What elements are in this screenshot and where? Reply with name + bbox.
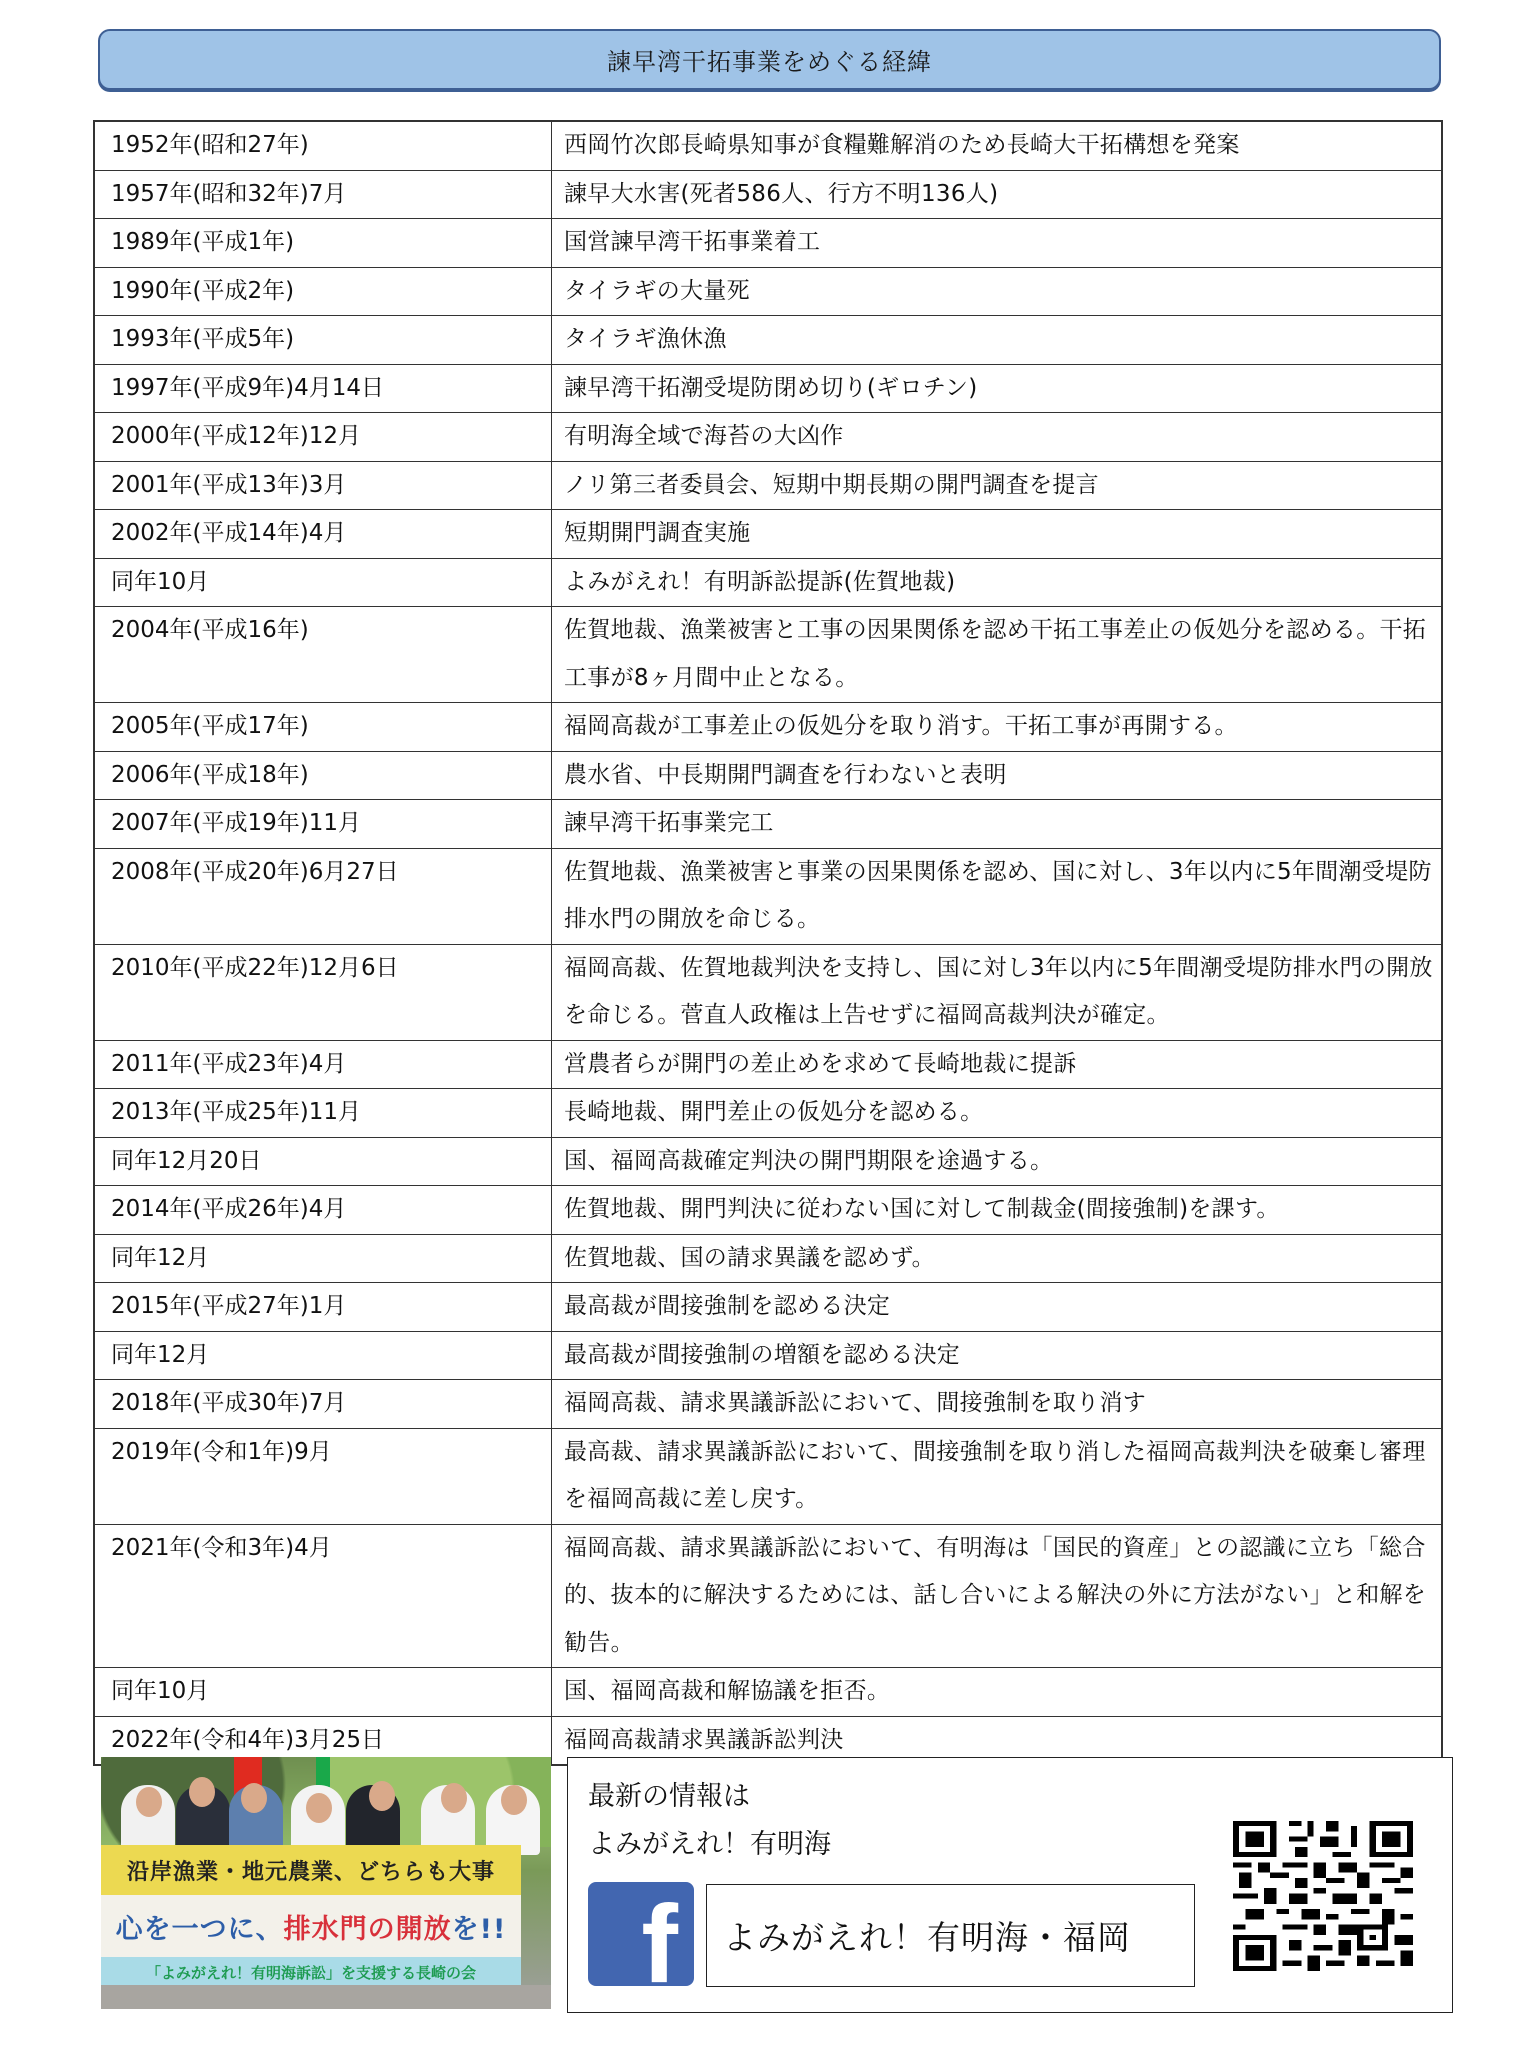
banner-slogan-blue: 心を一つに、 <box>116 1907 284 1946</box>
timeline-event: よみがえれ！有明訴訟提訴(佐賀地裁) <box>552 558 1443 607</box>
timeline-event: 農水省、中長期開門調査を行わないと表明 <box>552 751 1443 800</box>
timeline-event: タイラギ漁休漁 <box>552 316 1443 365</box>
timeline-date: 2014年(平成26年)4月 <box>94 1186 552 1235</box>
timeline-date: 同年12月20日 <box>94 1137 552 1186</box>
timeline-date: 2019年(令和1年)9月 <box>94 1428 552 1524</box>
timeline-row: 2001年(平成13年)3月ノリ第三者委員会、短期中期長期の開門調査を提言 <box>94 461 1442 510</box>
timeline-event: 福岡高裁、佐賀地裁判決を支持し、国に対し3年以内に5年間潮受堤防排水門の開放を命… <box>552 944 1443 1040</box>
timeline-table: 1952年(昭和27年)西岡竹次郎長崎県知事が食糧難解消のため長崎大干拓構想を発… <box>93 120 1443 1766</box>
timeline-date: 2007年(平成19年)11月 <box>94 800 552 849</box>
timeline-row: 1997年(平成9年)4月14日諫早湾干拓潮受堤防閉め切り(ギロチン) <box>94 364 1442 413</box>
qr-code-icon[interactable] <box>1233 1821 1413 1971</box>
banner-line-2: 心を一つに、排水門の開放を!! <box>101 1895 521 1957</box>
timeline-row: 2010年(平成22年)12月6日福岡高裁、佐賀地裁判決を支持し、国に対し3年以… <box>94 944 1442 1040</box>
info-line-2: よみがえれ！有明海 <box>588 1822 831 1861</box>
timeline-date: 2006年(平成18年) <box>94 751 552 800</box>
timeline-event: 有明海全域で海苔の大凶作 <box>552 413 1443 462</box>
timeline-date: 1989年(平成1年) <box>94 219 552 268</box>
timeline-date: 2000年(平成12年)12月 <box>94 413 552 462</box>
timeline-event: 最高裁が間接強制を認める決定 <box>552 1283 1443 1332</box>
pavement <box>101 1985 551 2009</box>
timeline-row: 2011年(平成23年)4月営農者らが開門の差止めを求めて長崎地裁に提訴 <box>94 1040 1442 1089</box>
facebook-page-name[interactable]: よみがえれ！有明海・福岡 <box>706 1884 1195 1987</box>
info-line-1: 最新の情報は <box>588 1774 750 1813</box>
timeline-row: 2006年(平成18年)農水省、中長期開門調査を行わないと表明 <box>94 751 1442 800</box>
timeline-row: 2013年(平成25年)11月長崎地裁、開門差止の仮処分を認める。 <box>94 1089 1442 1138</box>
timeline-date: 1957年(昭和32年)7月 <box>94 170 552 219</box>
timeline-event: 最高裁、請求異議訴訟において、間接強制を取り消した福岡高裁判決を破棄し審理を福岡… <box>552 1428 1443 1524</box>
timeline-date: 1952年(昭和27年) <box>94 121 552 170</box>
timeline-event: 諫早湾干拓潮受堤防閉め切り(ギロチン) <box>552 364 1443 413</box>
timeline-date: 2013年(平成25年)11月 <box>94 1089 552 1138</box>
person-head <box>501 1785 527 1815</box>
timeline-row: 1990年(平成2年)タイラギの大量死 <box>94 267 1442 316</box>
timeline-row: 2002年(平成14年)4月短期開門調査実施 <box>94 510 1442 559</box>
banner-line-1: 沿岸漁業・地元農業、どちらも大事 <box>101 1845 521 1895</box>
timeline-row: 同年12月最高裁が間接強制の増額を認める決定 <box>94 1331 1442 1380</box>
timeline-event: 福岡高裁、請求異議訴訟において、間接強制を取り消す <box>552 1380 1443 1429</box>
timeline-date: 2001年(平成13年)3月 <box>94 461 552 510</box>
timeline-row: 2000年(平成12年)12月有明海全域で海苔の大凶作 <box>94 413 1442 462</box>
timeline-row: 2018年(平成30年)7月福岡高裁、請求異議訴訟において、間接強制を取り消す <box>94 1380 1442 1429</box>
facebook-icon[interactable]: f <box>588 1882 694 1986</box>
timeline-row: 2019年(令和1年)9月最高裁、請求異議訴訟において、間接強制を取り消した福岡… <box>94 1428 1442 1524</box>
timeline-event: 福岡高裁が工事差止の仮処分を取り消す。干拓工事が再開する。 <box>552 703 1443 752</box>
timeline-event: 西岡竹次郎長崎県知事が食糧難解消のため長崎大干拓構想を発案 <box>552 121 1443 170</box>
person-head <box>241 1783 267 1813</box>
timeline-date: 2010年(平成22年)12月6日 <box>94 944 552 1040</box>
timeline-date: 2008年(平成20年)6月27日 <box>94 848 552 944</box>
timeline-row: 同年12月佐賀地裁、国の請求異議を認めず。 <box>94 1234 1442 1283</box>
timeline-date: 2011年(平成23年)4月 <box>94 1040 552 1089</box>
person-head <box>136 1787 162 1817</box>
timeline-date: 1997年(平成9年)4月14日 <box>94 364 552 413</box>
timeline-row: 2007年(平成19年)11月諫早湾干拓事業完工 <box>94 800 1442 849</box>
timeline-date: 同年10月 <box>94 1668 552 1717</box>
timeline-event: 国、福岡高裁確定判決の開門期限を途過する。 <box>552 1137 1443 1186</box>
timeline-row: 2004年(平成16年)佐賀地裁、漁業被害と工事の因果関係を認め干拓工事差止の仮… <box>94 607 1442 703</box>
timeline-event: 佐賀地裁、国の請求異議を認めず。 <box>552 1234 1443 1283</box>
timeline-date: 2005年(平成17年) <box>94 703 552 752</box>
document-title-banner: 諫早湾干拓事業をめぐる経緯 <box>98 29 1441 90</box>
timeline-date: 1990年(平成2年) <box>94 267 552 316</box>
timeline-row: 2014年(平成26年)4月佐賀地裁、開門判決に従わない国に対して制裁金(間接強… <box>94 1186 1442 1235</box>
banner-slogan-red: 排水門の開放 <box>284 1907 452 1946</box>
green-flag <box>316 1757 330 1787</box>
banner-line-3: 「よみがえれ！有明海訴訟」を支援する長崎の会 <box>101 1957 521 1987</box>
timeline-date: 2021年(令和3年)4月 <box>94 1524 552 1668</box>
timeline-event: 営農者らが開門の差止めを求めて長崎地裁に提訴 <box>552 1040 1443 1089</box>
timeline-date: 2002年(平成14年)4月 <box>94 510 552 559</box>
timeline-row: 2008年(平成20年)6月27日佐賀地裁、漁業被害と事業の因果関係を認め、国に… <box>94 848 1442 944</box>
latest-info-box: 最新の情報は よみがえれ！有明海 f よみがえれ！有明海・福岡 <box>567 1757 1453 2013</box>
person-head <box>441 1783 467 1813</box>
timeline-date: 1993年(平成5年) <box>94 316 552 365</box>
person-head <box>369 1781 395 1811</box>
timeline-row: 2005年(平成17年)福岡高裁が工事差止の仮処分を取り消す。干拓工事が再開する… <box>94 703 1442 752</box>
timeline-date: 2015年(平成27年)1月 <box>94 1283 552 1332</box>
banner-slogan-blue-end: を!! <box>452 1907 507 1946</box>
timeline-date: 同年10月 <box>94 558 552 607</box>
document-title: 諫早湾干拓事業をめぐる経緯 <box>607 42 932 77</box>
timeline-event: 短期開門調査実施 <box>552 510 1443 559</box>
person-head <box>306 1793 332 1823</box>
timeline-row: 同年10月よみがえれ！有明訴訟提訴(佐賀地裁) <box>94 558 1442 607</box>
timeline-date: 同年12月 <box>94 1234 552 1283</box>
timeline-event: 福岡高裁、請求異議訴訟において、有明海は「国民的資産」との認識に立ち「総合的、抜… <box>552 1524 1443 1668</box>
timeline-row: 同年12月20日国、福岡高裁確定判決の開門期限を途過する。 <box>94 1137 1442 1186</box>
timeline-row: 2015年(平成27年)1月最高裁が間接強制を認める決定 <box>94 1283 1442 1332</box>
timeline-event: 国、福岡高裁和解協議を拒否。 <box>552 1668 1443 1717</box>
timeline-row: 1993年(平成5年)タイラギ漁休漁 <box>94 316 1442 365</box>
timeline-date: 2004年(平成16年) <box>94 607 552 703</box>
timeline-row: 同年10月国、福岡高裁和解協議を拒否。 <box>94 1668 1442 1717</box>
timeline-event: 佐賀地裁、漁業被害と事業の因果関係を認め、国に対し、3年以内に5年間潮受堤防排水… <box>552 848 1443 944</box>
timeline-event: 佐賀地裁、開門判決に従わない国に対して制裁金(間接強制)を課す。 <box>552 1186 1443 1235</box>
timeline-event: 諫早湾干拓事業完工 <box>552 800 1443 849</box>
timeline-row: 1957年(昭和32年)7月諫早大水害(死者586人、行方不明136人) <box>94 170 1442 219</box>
timeline-event: 佐賀地裁、漁業被害と工事の因果関係を認め干拓工事差止の仮処分を認める。干拓工事が… <box>552 607 1443 703</box>
timeline-row: 1952年(昭和27年)西岡竹次郎長崎県知事が食糧難解消のため長崎大干拓構想を発… <box>94 121 1442 170</box>
timeline-event: 国営諫早湾干拓事業着工 <box>552 219 1443 268</box>
timeline-row: 1989年(平成1年)国営諫早湾干拓事業着工 <box>94 219 1442 268</box>
timeline-row: 2021年(令和3年)4月福岡高裁、請求異議訴訟において、有明海は「国民的資産」… <box>94 1524 1442 1668</box>
timeline-event: 諫早大水害(死者586人、行方不明136人) <box>552 170 1443 219</box>
protest-photo: 沿岸漁業・地元農業、どちらも大事 心を一つに、排水門の開放を!! 「よみがえれ！… <box>101 1757 551 2009</box>
timeline-date: 2018年(平成30年)7月 <box>94 1380 552 1429</box>
protest-banner: 沿岸漁業・地元農業、どちらも大事 心を一つに、排水門の開放を!! 「よみがえれ！… <box>101 1845 521 1987</box>
timeline-date: 同年12月 <box>94 1331 552 1380</box>
timeline-event: タイラギの大量死 <box>552 267 1443 316</box>
timeline-event: 長崎地裁、開門差止の仮処分を認める。 <box>552 1089 1443 1138</box>
facebook-f-glyph: f <box>641 1890 678 1986</box>
person-head <box>189 1777 215 1807</box>
timeline-event: 最高裁が間接強制の増額を認める決定 <box>552 1331 1443 1380</box>
timeline-event: ノリ第三者委員会、短期中期長期の開門調査を提言 <box>552 461 1443 510</box>
